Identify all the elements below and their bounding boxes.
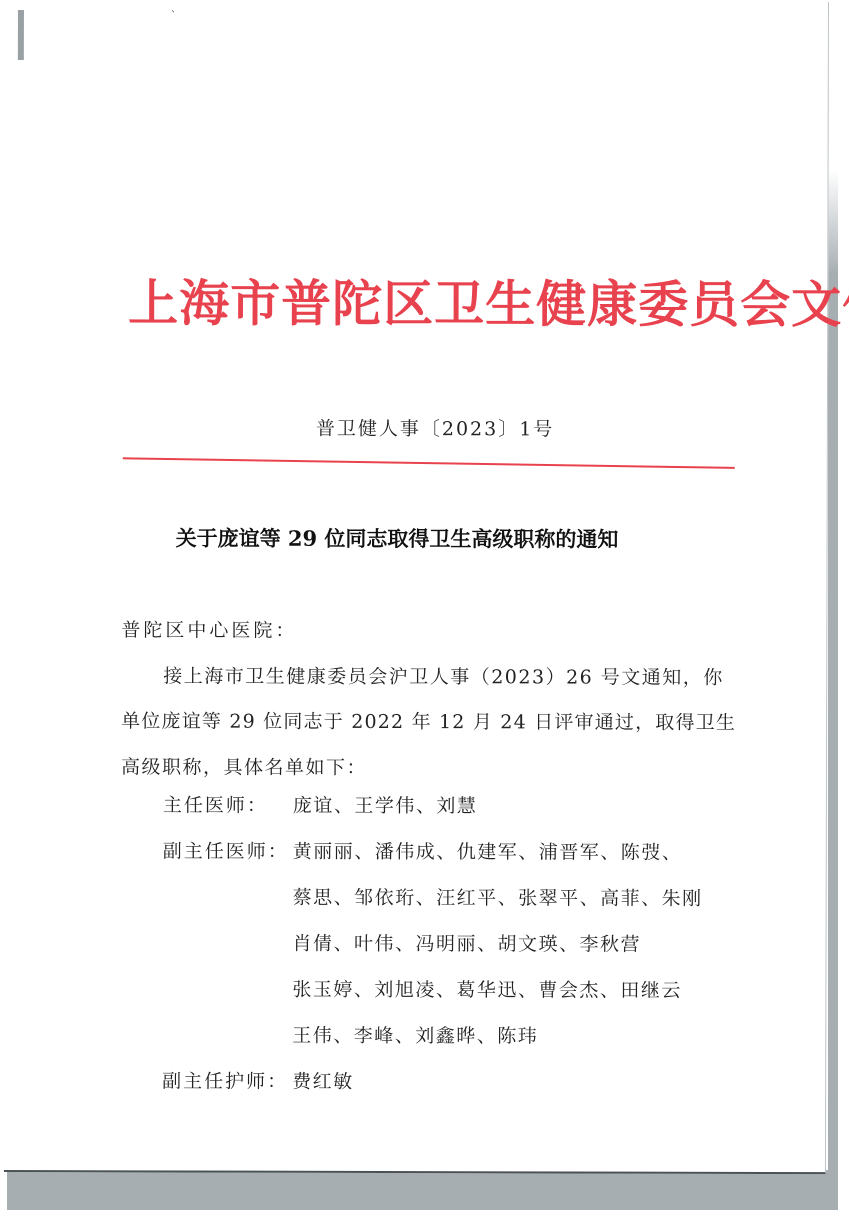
list-row-continuation: 张玉婷、刘旭凌、葛华迅、曹会杰、田继云 [162,966,752,1014]
list-label: 副主任护师： [162,1058,292,1104]
body-line: 接上海市卫生健康委员会沪卫人事（2023）26 号文通知，你 [121,654,741,701]
notice-title: 关于庞谊等 29 位同志取得卫生高级职称的通知 [176,521,619,556]
list-label: 主任医师： [163,782,293,828]
document-page: ` 上海市普陀区卫生健康委员会文件 普卫健人事〔2023〕1号 关于庞谊等 29… [4,0,829,1174]
scan-speck: ` [171,10,176,21]
list-row-chief-physician: 主任医师： 庞谊、王学伟、刘慧 [163,782,753,830]
list-row-continuation: 肖倩、叶伟、冯明丽、胡文瑛、李秋营 [162,920,752,968]
list-names: 王伟、李峰、刘鑫晔、陈玮 [292,1013,538,1060]
body-line: 单位庞谊等 29 位同志于 2022 年 12 月 24 日评审通过，取得卫生 [121,699,741,746]
list-row-associate-chief-physician: 副主任医师： 黄丽丽、潘伟成、仇建军、浦晋军、陈弢、 [163,828,753,876]
red-divider-line [123,457,735,469]
scanner-background-bottom [7,1170,838,1210]
scanner-edge-left [18,10,24,60]
issuer-header: 上海市普陀区卫生健康委员会文件 [128,268,748,340]
list-names: 张玉婷、刘旭凌、葛华迅、曹会杰、田继云 [292,967,682,1014]
list-names: 蔡思、邹依珩、汪红平、张翠平、高菲、朱刚 [293,875,703,922]
list-names: 费红敏 [292,1059,354,1105]
addressee: 普陀区中心医院： [121,608,741,655]
document-number: 普卫健人事〔2023〕1号 [316,414,555,445]
list-label: 副主任医师： [163,828,293,874]
title-list: 主任医师： 庞谊、王学伟、刘慧 副主任医师： 黄丽丽、潘伟成、仇建军、浦晋军、陈… [162,782,753,1106]
list-row-associate-chief-nurse: 副主任护师： 费红敏 [162,1058,752,1106]
notice-body: 普陀区中心医院： 接上海市卫生健康委员会沪卫人事（2023）26 号文通知，你 … [121,608,741,792]
list-row-continuation: 王伟、李峰、刘鑫晔、陈玮 [162,1012,752,1060]
list-names: 庞谊、王学伟、刘慧 [293,783,478,829]
list-row-continuation: 蔡思、邹依珩、汪红平、张翠平、高菲、朱刚 [163,874,753,922]
list-names: 肖倩、叶伟、冯明丽、胡文瑛、李秋营 [292,921,641,968]
list-names: 黄丽丽、潘伟成、仇建军、浦晋军、陈弢、 [293,829,683,876]
